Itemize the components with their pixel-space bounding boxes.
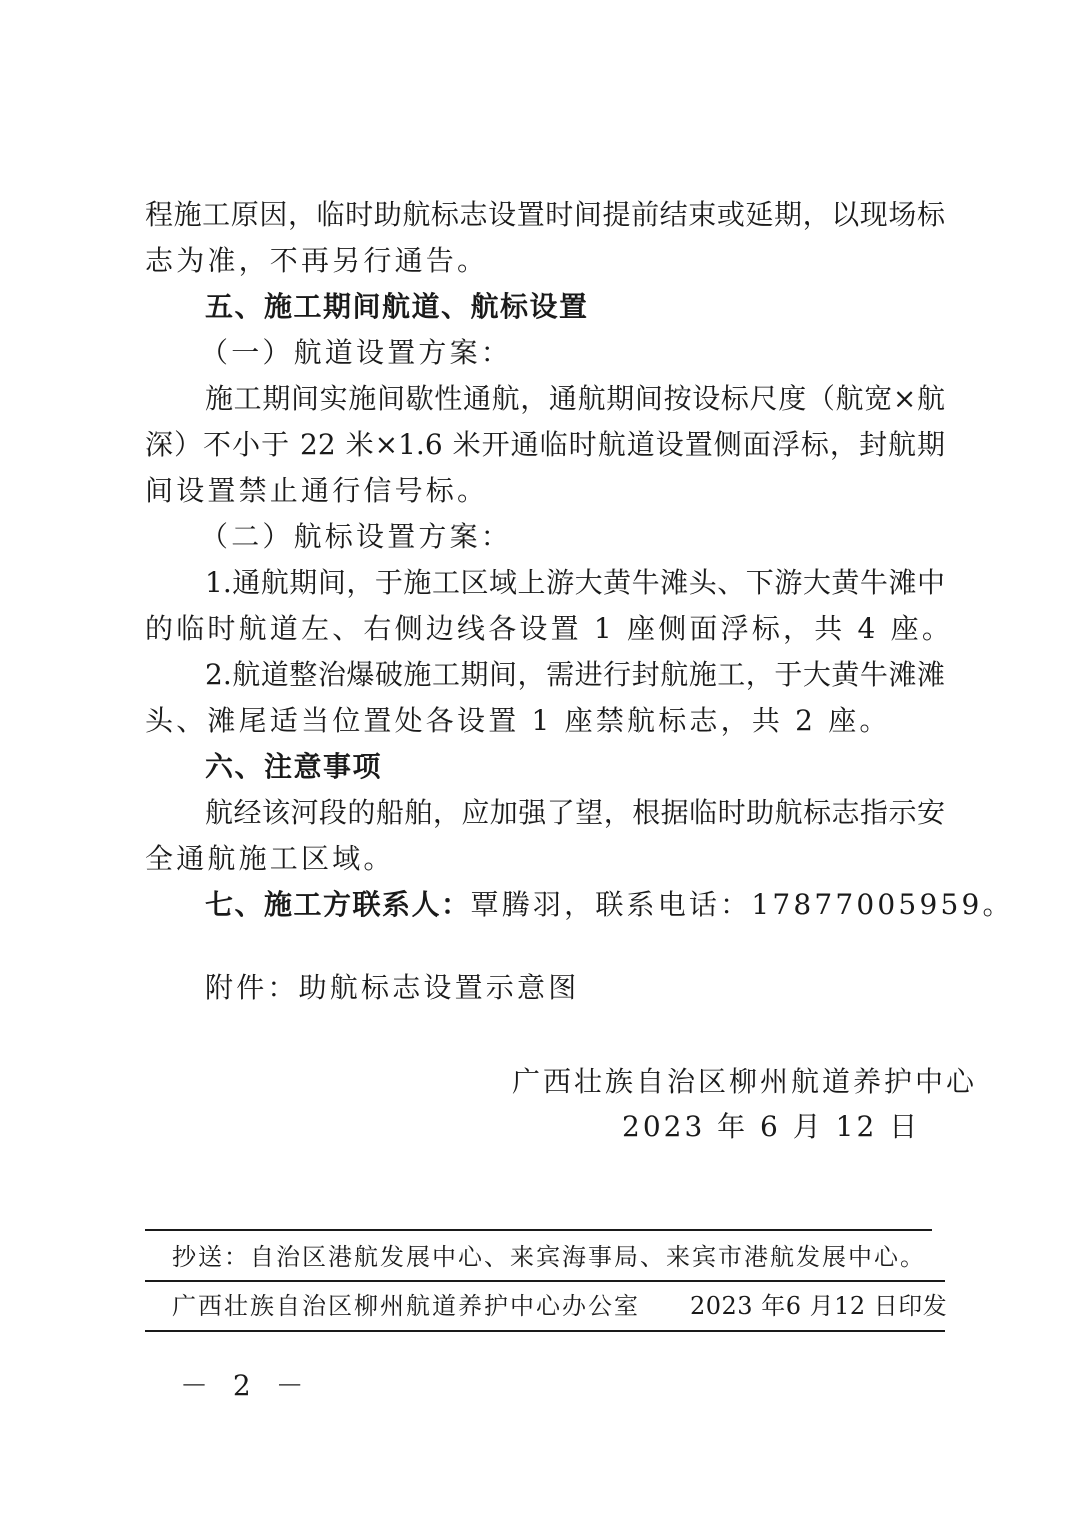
body-line: 程施工原因，临时助航标志设置时间提前结束或延期，以现场标 <box>145 197 945 233</box>
body-line: 间设置禁止通行信号标。 <box>145 473 945 509</box>
signature-organization: 广西壮族自治区柳州航道养护中心 <box>512 1064 977 1100</box>
footer-rule-top <box>145 1229 932 1231</box>
subsection-heading-1: （一）航道设置方案： <box>200 335 1000 371</box>
body-line: 航经该河段的船舶，应加强了望，根据临时助航标志指示安 <box>205 795 945 831</box>
contact-name: 覃腾羽，联系电话： <box>471 888 752 921</box>
issuer-line: 广西壮族自治区柳州航道养护中心办公室 <box>172 1291 640 1321</box>
body-line: 志为准，不再另行通告。 <box>145 243 945 279</box>
footer-rule-bottom <box>145 1330 945 1332</box>
signature-date: 2023 年 6 月 12 日 <box>622 1109 920 1145</box>
footer-rule-middle <box>145 1280 945 1282</box>
contact-phone: 17877005959。 <box>751 888 1013 921</box>
issue-date: 2023 年6 月12 日印发 <box>690 1291 947 1321</box>
section-heading-6: 六、注意事项 <box>205 749 1005 785</box>
section-heading-7: 七、施工方联系人： <box>205 888 471 921</box>
body-line: 深）不小于 22 米×1.6 米开通临时航道设置侧面浮标，封航期 <box>145 427 945 463</box>
subsection-heading-2: （二）航标设置方案： <box>200 519 1000 555</box>
body-line: 2.航道整治爆破施工期间，需进行封航施工，于大黄牛滩滩 <box>205 657 945 693</box>
body-line: 头、滩尾适当位置处各设置 1 座禁航标志，共 2 座。 <box>145 703 945 739</box>
body-line: 全通航施工区域。 <box>145 841 945 877</box>
section-7-contact: 七、施工方联系人：覃腾羽，联系电话：17877005959。 <box>205 887 1005 923</box>
section-heading-5: 五、施工期间航道、航标设置 <box>205 289 1005 325</box>
page-number: － 2 － <box>180 1368 312 1404</box>
body-line: 施工期间实施间歇性通航，通航期间按设标尺度（航宽×航 <box>205 381 945 417</box>
cc-line: 抄送：自治区港航发展中心、来宾海事局、来宾市港航发展中心。 <box>172 1242 926 1272</box>
document-page: 程施工原因，临时助航标志设置时间提前结束或延期，以现场标 志为准，不再另行通告。… <box>0 0 1080 1527</box>
attachment-line: 附件：助航标志设置示意图 <box>205 970 1005 1006</box>
body-line: 1.通航期间，于施工区域上游大黄牛滩头、下游大黄牛滩中 <box>205 565 945 601</box>
body-line: 的临时航道左、右侧边线各设置 1 座侧面浮标，共 4 座。 <box>145 611 945 647</box>
